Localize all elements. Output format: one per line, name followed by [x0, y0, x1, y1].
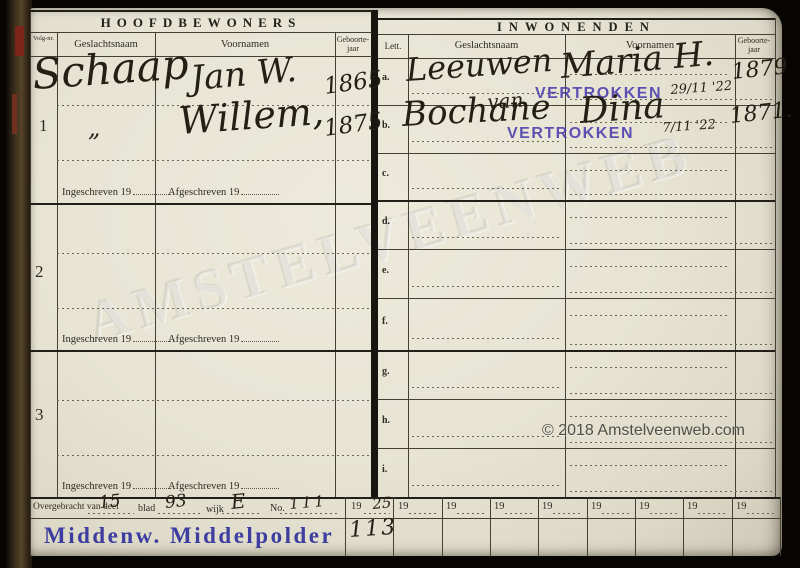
right-section-title: INWONENDEN	[378, 20, 775, 35]
handwriting-geslachtsnaam-schaap: Schaap	[31, 43, 190, 96]
rule	[30, 32, 372, 33]
rule	[30, 497, 780, 499]
rule	[538, 497, 539, 556]
wijk-label: wijk	[206, 504, 224, 516]
rule	[57, 160, 371, 161]
rule	[570, 416, 730, 417]
column-header-lett: Lett.	[378, 41, 408, 51]
dotted-fill	[241, 183, 279, 195]
year-cell-label: 19	[687, 501, 698, 513]
year-cell-label: 19	[446, 501, 457, 513]
afgeschreven-text: Afgeschreven 19	[168, 481, 239, 492]
letter-f: f.	[382, 316, 388, 328]
rule	[570, 393, 773, 394]
rule	[412, 436, 562, 437]
rule	[57, 253, 371, 254]
afgeschreven-label-row2: Afgeschreven 19	[168, 330, 279, 346]
rule	[570, 315, 730, 316]
afgeschreven-text: Afgeschreven 19	[168, 334, 239, 345]
left-section-title: HOOFDBEWONERS	[30, 15, 372, 31]
year-cell-label: 19	[591, 501, 602, 513]
rule	[650, 513, 678, 514]
rule	[747, 513, 775, 514]
vertrokken-stamp-row-b: VERTROKKEN	[507, 125, 634, 143]
handwriting-stamp-date-row-b: 7/11 '22	[662, 118, 716, 135]
rule	[457, 513, 485, 514]
spine-red-tab	[15, 26, 24, 56]
handwriting-voornamen-willem: Willem,	[177, 92, 325, 140]
rule	[570, 266, 730, 267]
blad-label: blad	[138, 503, 155, 515]
volgnr-1: 1	[39, 116, 48, 136]
year-cell-label: 19	[736, 501, 747, 513]
rule	[412, 387, 562, 388]
no-label: No.	[270, 503, 285, 515]
dotted-fill	[241, 477, 279, 489]
rule	[505, 513, 533, 514]
rule	[635, 497, 636, 556]
rule	[570, 147, 773, 148]
letter-d: d.	[382, 216, 390, 228]
rule	[570, 170, 730, 171]
rule	[570, 491, 773, 492]
handwriting-geslachtsnaam-leeuwen: Leeuwen	[405, 44, 554, 86]
handwriting-deel-15: 15	[98, 493, 121, 512]
copyright-watermark: © 2018 Amstelveenweb.com	[542, 422, 745, 440]
rule	[378, 350, 775, 352]
rule	[57, 32, 58, 497]
handwriting-blad-93: 93	[164, 493, 187, 512]
ingeschreven-label-row1: Ingeschreven 19	[62, 183, 171, 199]
handwriting-no-111: 111	[289, 494, 328, 512]
ingeschreven-text: Ingeschreven 19	[62, 481, 131, 492]
dotted-fill	[133, 477, 171, 489]
column-header-volgnr: Volg-nr.	[30, 35, 57, 42]
volgnr-3: 3	[35, 405, 44, 425]
rule	[570, 442, 773, 443]
handwriting-house-number-113: 113	[348, 517, 397, 542]
rule	[88, 513, 134, 514]
afgeschreven-label-row1: Afgeschreven 19	[168, 183, 279, 199]
dotted-fill	[133, 183, 171, 195]
rule	[412, 237, 562, 238]
handwriting-voornamen-dina: Dina	[578, 88, 665, 130]
dotted-fill	[241, 330, 279, 342]
rule	[570, 217, 730, 218]
register-page: AMSTELVEENWEB	[30, 8, 782, 556]
rule	[412, 338, 562, 339]
ingeschreven-text: Ingeschreven 19	[62, 334, 131, 345]
rule	[222, 513, 262, 514]
volgnr-2: 2	[35, 262, 44, 282]
rule	[335, 32, 336, 497]
rule	[775, 18, 776, 497]
handwriting-stamp-date-row-a: 29/11 '22	[670, 80, 732, 97]
rule	[30, 518, 780, 519]
handwriting-geboortejaar-1871: 1871.	[729, 100, 794, 128]
rule	[587, 497, 588, 556]
rule	[158, 513, 202, 514]
handwriting-year-25: 25	[372, 495, 392, 512]
rule	[732, 497, 733, 556]
district-stamp: Middenw. Middelpolder	[44, 523, 334, 549]
rule	[602, 513, 630, 514]
letter-a: a.	[382, 72, 390, 84]
letter-i: i.	[382, 464, 387, 476]
rule	[364, 513, 390, 514]
emboss-watermark: AMSTELVEENWEB	[79, 119, 700, 356]
rule	[378, 448, 775, 449]
column-header-geboortejaar-right: Geboorte-jaar	[733, 36, 775, 54]
rule	[155, 32, 156, 497]
rule	[378, 249, 775, 250]
rule	[30, 10, 31, 556]
ingeschreven-text: Ingeschreven 19	[62, 187, 131, 198]
rule	[378, 153, 775, 154]
rule	[570, 367, 730, 368]
handwriting-wijk-e: E	[230, 491, 247, 512]
rule	[57, 455, 371, 456]
year-cell-label: 19	[542, 501, 553, 513]
rule	[570, 344, 773, 345]
rule	[412, 286, 562, 287]
rule	[412, 485, 562, 486]
rule	[490, 497, 491, 556]
rule	[570, 194, 773, 195]
year-cell-label: 19	[639, 501, 650, 513]
rule	[570, 243, 773, 244]
rule	[378, 298, 775, 299]
handwriting-geboortejaar-1879: 1879	[731, 56, 789, 84]
rule	[30, 203, 371, 205]
rule	[570, 292, 773, 293]
rule	[409, 513, 437, 514]
rule	[780, 497, 781, 556]
rule	[30, 10, 372, 12]
rule	[345, 497, 346, 556]
year-cell-label: 19	[494, 501, 505, 513]
rule	[570, 465, 730, 466]
letter-e: e.	[382, 265, 389, 277]
column-header-geboortejaar: Geboorte-jaar	[334, 35, 372, 53]
rule	[553, 513, 581, 514]
letter-c: c.	[382, 168, 389, 180]
rule	[378, 399, 775, 400]
letter-h: h.	[382, 415, 390, 427]
book-spine	[6, 0, 32, 568]
handwriting-voornamen-jan-w: Jan W.	[189, 53, 298, 96]
first-year-label: 19	[351, 501, 362, 513]
rule	[57, 400, 371, 401]
dotted-fill	[133, 330, 171, 342]
handwriting-ditto-mark: „	[88, 116, 100, 140]
rule	[378, 200, 775, 202]
afgeschreven-text: Afgeschreven 19	[168, 187, 239, 198]
rule	[683, 497, 684, 556]
rule	[442, 497, 443, 556]
spine-marking	[12, 94, 17, 134]
rule	[57, 308, 371, 309]
rule	[698, 513, 726, 514]
rule	[412, 188, 562, 189]
rule	[30, 350, 371, 352]
ingeschreven-label-row2: Ingeschreven 19	[62, 330, 171, 346]
year-cell-label: 19	[398, 501, 409, 513]
letter-g: g.	[382, 366, 390, 378]
rule	[280, 513, 338, 514]
